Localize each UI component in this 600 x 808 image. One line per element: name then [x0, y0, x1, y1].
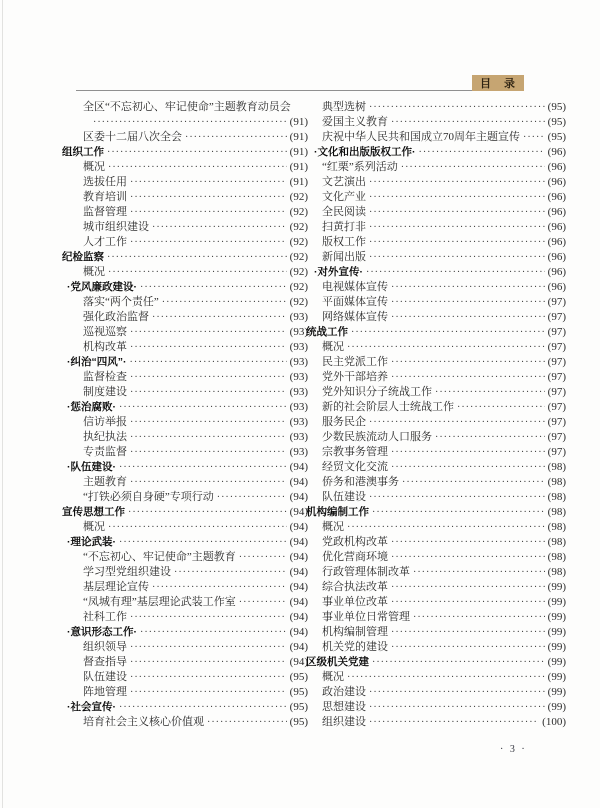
toc-entry: ·党风廉政建设· (92)	[62, 280, 308, 295]
toc-leader-dots	[347, 340, 545, 355]
toc-entry-title: ·社会宣传·	[67, 700, 116, 715]
toc-entry-title: 电视媒体宣传	[322, 280, 388, 295]
toc-entry: ·理论武装· (94)	[62, 535, 308, 550]
toc-entry: 概况 (92)	[62, 265, 308, 280]
toc-leader-dots	[369, 415, 545, 430]
toc-leader-dots	[391, 445, 545, 460]
toc-leader-dots	[391, 295, 545, 310]
toc-page-number: (96)	[548, 265, 566, 280]
toc-entry-title: 培育社会主义核心价值观	[83, 715, 204, 730]
toc-page-number: (98)	[548, 505, 566, 520]
toc-entry: 党外知识分子统战工作 (97)	[306, 385, 566, 400]
toc-entry: ·文化和出版版权工作· (96)	[306, 145, 566, 160]
toc-leader-dots	[119, 460, 287, 475]
toc-entry-title: 宗教事务管理	[322, 445, 388, 460]
toc-entry-title: ·理论武装·	[67, 535, 116, 550]
toc-entry-title: ·对外宣传·	[314, 265, 363, 280]
toc-entry-title: 基层理论宣传	[83, 580, 149, 595]
toc-leader-dots	[130, 430, 287, 445]
toc-entry-title: 阵地管理	[83, 685, 127, 700]
toc-entry-title: 文艺演出	[322, 175, 366, 190]
toc-entry-title: ·纠治“四风”·	[67, 355, 127, 370]
toc-leader-dots	[108, 160, 287, 175]
toc-leader-dots	[391, 580, 545, 595]
toc-entry: 队伍建设 (95)	[62, 670, 308, 685]
scan-edge-line	[2, 0, 3, 808]
toc-leader-dots	[152, 310, 287, 325]
toc-leader-dots	[130, 190, 287, 205]
toc-entry: 机构改革 (93)	[62, 340, 308, 355]
toc-leader-dots	[107, 145, 287, 160]
toc-entry-title: 制度建设	[83, 385, 127, 400]
toc-page-number: (95)	[548, 130, 566, 145]
toc-entry-title: ·队伍建设·	[67, 460, 116, 475]
toc-leader-dots	[391, 460, 545, 475]
toc-page-number: (99)	[548, 595, 566, 610]
toc-leader-dots	[523, 130, 545, 145]
toc-page-number: (99)	[548, 610, 566, 625]
toc-entry: 教育培训 (92)	[62, 190, 308, 205]
toc-entry-title: 信访举报	[83, 415, 127, 430]
toc-entry-title: 侨务和港澳事务	[322, 475, 399, 490]
toc-page-number: (96)	[548, 250, 566, 265]
header-rule	[76, 90, 524, 91]
toc-entry: 事业单位日常管理 (99)	[306, 610, 566, 625]
toc-entry: 党政机构改革 (98)	[306, 535, 566, 550]
toc-page-number: (98)	[548, 535, 566, 550]
toc-leader-dots	[419, 145, 545, 160]
toc-entry: 组织建设 (100)	[306, 715, 566, 730]
toc-entry-title: 优化营商环境	[322, 550, 388, 565]
toc-page-number: (99)	[548, 640, 566, 655]
toc-entry: 侨务和港澳事务 (98)	[306, 475, 566, 490]
toc-page-number: (98)	[548, 460, 566, 475]
toc-entry: 行政管理体制改革 (98)	[306, 565, 566, 580]
toc-page-number: (97)	[548, 355, 566, 370]
toc-leader-dots	[119, 400, 287, 415]
toc-leader-dots	[130, 385, 287, 400]
toc-entry-title: 教育培训	[83, 190, 127, 205]
toc-entry: 民主党派工作 (97)	[306, 355, 566, 370]
toc-entry-title: 概况	[322, 520, 344, 535]
toc-leader-dots	[413, 610, 545, 625]
toc-entry: 概况 (97)	[306, 340, 566, 355]
toc-entry: 新的社会阶层人士统战工作 (97)	[306, 400, 566, 415]
toc-page-number: (99)	[548, 685, 566, 700]
toc-entry: 宣传思想工作 (94)	[62, 505, 308, 520]
toc-leader-dots	[130, 655, 287, 670]
toc-entry-title: “凤城有理”基层理论武装工作室	[83, 595, 236, 610]
toc-entry: 区委十二届八次全会 (91)	[62, 130, 308, 145]
toc-entry-title: 机关党的建设	[322, 640, 388, 655]
toc-page-number: (99)	[548, 580, 566, 595]
toc-leader-dots	[130, 325, 287, 340]
toc-entry: 思想建设 (99)	[306, 700, 566, 715]
toc-leader-dots	[119, 700, 287, 715]
toc-leader-dots	[391, 310, 545, 325]
toc-leader-dots	[207, 715, 287, 730]
toc-page-number: (97)	[548, 325, 566, 340]
toc-entry: 人才工作 (92)	[62, 235, 308, 250]
toc-entry-title: ·意识形态工作·	[67, 625, 137, 640]
toc-entry: 巡视巡察 (93)	[62, 325, 308, 340]
toc-leader-dots	[128, 505, 287, 520]
toc-page-number: (98)	[548, 550, 566, 565]
toc-leader-dots	[351, 325, 545, 340]
toc-entry: 强化政治监督 (93)	[62, 310, 308, 325]
toc-page-number: (96)	[548, 190, 566, 205]
toc-entry-title: 巡视巡察	[83, 325, 127, 340]
toc-leader-dots	[185, 130, 287, 145]
toc-entry: 城市组织建设 (92)	[62, 220, 308, 235]
toc-entry-title: 行政管理体制改革	[322, 565, 410, 580]
toc-entry: 服务民企 (97)	[306, 415, 566, 430]
toc-entry-title: ·文化和出版版权工作·	[314, 145, 416, 160]
toc-entry-title: 平面媒体宣传	[322, 295, 388, 310]
toc-entry-title: 机构编制工作	[306, 505, 369, 520]
toc-entry: 平面媒体宣传 (97)	[306, 295, 566, 310]
toc-leader-dots	[108, 265, 287, 280]
toc-entry-title: 执纪执法	[83, 430, 127, 445]
toc-leader-dots	[130, 340, 287, 355]
toc-page-number: (98)	[548, 520, 566, 535]
toc-leader-dots	[369, 220, 545, 235]
toc-leader-dots	[93, 115, 287, 130]
toc-leader-dots	[130, 205, 287, 220]
toc-page-number: (98)	[548, 475, 566, 490]
toc-leader-dots	[391, 280, 545, 295]
toc-entry-title: 网络媒体宣传	[322, 310, 388, 325]
toc-entry: 党外干部培养 (97)	[306, 370, 566, 385]
toc-page-number: (99)	[548, 655, 566, 670]
toc-leader-dots	[401, 160, 545, 175]
toc-entry-title: 庆祝中华人民共和国成立70周年主题宣传	[322, 130, 520, 145]
toc-entry: 培育社会主义核心价值观 (95)	[62, 715, 308, 730]
toc-entry-title: 监督检查	[83, 370, 127, 385]
toc-entry: 区级机关党建 (99)	[306, 655, 566, 670]
toc-leader-dots	[239, 550, 287, 565]
toc-page-number: (96)	[548, 220, 566, 235]
toc-entry: 宗教事务管理 (97)	[306, 445, 566, 460]
toc-leader-dots	[369, 205, 545, 220]
toc-entry-title: 综合执法改革	[322, 580, 388, 595]
toc-leader-dots	[391, 595, 545, 610]
toc-leader-dots	[391, 355, 545, 370]
toc-entry-title: 组织建设	[322, 715, 366, 730]
toc-entry: 概况 (94)	[62, 520, 308, 535]
toc-page-number: (97)	[548, 415, 566, 430]
toc-entry: 新闻出版 (96)	[306, 250, 566, 265]
toc-page-number: (97)	[548, 370, 566, 385]
toc-page-number: (96)	[548, 205, 566, 220]
toc-leader-dots	[130, 610, 287, 625]
toc-entry-title: 典型选树	[322, 100, 366, 115]
toc-entry-title: 队伍建设	[83, 670, 127, 685]
toc-entry: 统战工作 (97)	[306, 325, 566, 340]
toc-entry-title: 全民阅读	[322, 205, 366, 220]
toc-leader-dots	[130, 235, 287, 250]
toc-page-number: (96)	[548, 280, 566, 295]
toc-page-number: (95)	[548, 100, 566, 115]
toc-entry: 文艺演出 (96)	[306, 175, 566, 190]
toc-entry-title: 机构改革	[83, 340, 127, 355]
toc-entry-title: ·惩治腐败·	[67, 400, 116, 415]
toc-leader-dots	[369, 700, 545, 715]
toc-leader-dots	[119, 535, 287, 550]
toc-entry: ·纠治“四风”· (93)	[62, 355, 308, 370]
toc-entry: 综合执法改革 (99)	[306, 580, 566, 595]
toc-entry-title: 组织工作	[62, 145, 104, 160]
toc-page-number: (96)	[548, 175, 566, 190]
toc-entry: ·社会宣传· (95)	[62, 700, 308, 715]
toc-entry: 机关党的建设 (99)	[306, 640, 566, 655]
toc-leader-dots	[391, 640, 545, 655]
toc-entry: 组织工作 (91)	[62, 145, 308, 160]
toc-entry-title: 人才工作	[83, 235, 127, 250]
toc-entry-title: 宣传思想工作	[62, 505, 125, 520]
toc-entry-title: 强化政治监督	[83, 310, 149, 325]
toc-leader-dots	[347, 670, 545, 685]
toc-entry-title: 城市组织建设	[83, 220, 149, 235]
toc-entry-title: 服务民企	[322, 415, 366, 430]
toc-leader-dots	[107, 250, 287, 265]
toc-entry-title: 概况	[322, 340, 344, 355]
toc-entry-title: 党外知识分子统战工作	[322, 385, 432, 400]
toc-entry: 全民阅读 (96)	[306, 205, 566, 220]
toc-leader-dots	[369, 235, 545, 250]
toc-entry-title: 纪检监察	[62, 250, 104, 265]
toc-entry-title: 事业单位日常管理	[322, 610, 410, 625]
toc-entry-title: 主题教育	[83, 475, 127, 490]
toc-leader-dots	[402, 475, 545, 490]
toc-entry: 阵地管理 (95)	[62, 685, 308, 700]
toc-entry-title: “红栗”系列活动	[322, 160, 398, 175]
toc-leader-dots	[108, 520, 287, 535]
toc-page-number: (98)	[548, 490, 566, 505]
toc-entry: 爱国主义教育 (95)	[306, 115, 566, 130]
toc-entry: 概况 (98)	[306, 520, 566, 535]
toc-entry: 监督检查 (93)	[62, 370, 308, 385]
toc-leader-dots	[366, 265, 545, 280]
toc-entry: 学习型党组织建设 (94)	[62, 565, 308, 580]
toc-leader-dots	[369, 175, 545, 190]
toc-entry-title: 新的社会阶层人士统战工作	[322, 400, 454, 415]
toc-page-number: (95)	[548, 115, 566, 130]
toc-page-number: (100)	[542, 715, 566, 730]
toc-entry-title: 经贸文化交流	[322, 460, 388, 475]
toc-entry-title: 民主党派工作	[322, 355, 388, 370]
toc-leader-dots	[174, 565, 287, 580]
toc-leader-dots	[435, 385, 545, 400]
toc-entry-title: 版权工作	[322, 235, 366, 250]
toc-leader-dots	[130, 175, 287, 190]
toc-entry-title: 区委十二届八次全会	[83, 130, 182, 145]
toc-leader-dots	[130, 370, 287, 385]
toc-entry: 事业单位改革 (99)	[306, 595, 566, 610]
toc-entry: 信访举报 (93)	[62, 415, 308, 430]
toc-page-number: (97)	[548, 310, 566, 325]
page-number-footer: · 3 ·	[500, 744, 527, 755]
toc-leader-dots	[152, 580, 287, 595]
toc-entry: 电视媒体宣传 (96)	[306, 280, 566, 295]
toc-entry: 政治建设 (99)	[306, 685, 566, 700]
toc-entry: 社科工作 (94)	[62, 610, 308, 625]
toc-entry-title: 概况	[322, 670, 344, 685]
toc-entry: 落实“两个责任” (92)	[62, 295, 308, 310]
toc-entry: 纪检监察 (92)	[62, 250, 308, 265]
toc-entry: 庆祝中华人民共和国成立70周年主题宣传 (95)	[306, 130, 566, 145]
toc-page-number: (97)	[548, 430, 566, 445]
toc-entry: ·意识形态工作· (94)	[62, 625, 308, 640]
toc-entry-title: 政治建设	[322, 685, 366, 700]
toc-entry-title: 事业单位改革	[322, 595, 388, 610]
toc-entry: ·队伍建设· (94)	[62, 460, 308, 475]
toc-entry-title: ·党风廉政建设·	[67, 280, 137, 295]
toc-entry: 概况 (99)	[306, 670, 566, 685]
toc-entry-title: 选拔任用	[83, 175, 127, 190]
toc-entry: 机构编制工作 (98)	[306, 505, 566, 520]
toc-page-number: (99)	[548, 700, 566, 715]
toc-leader-dots	[391, 535, 545, 550]
toc-entry: 扫黄打非 (96)	[306, 220, 566, 235]
toc-entry: 执纪执法 (93)	[62, 430, 308, 445]
toc-entry-title: 督查指导	[83, 655, 127, 670]
toc-leader-dots	[369, 190, 545, 205]
toc-entry: “红栗”系列活动 (96)	[306, 160, 566, 175]
toc-entry-title: 概况	[83, 520, 105, 535]
toc-entry-title: 新闻出版	[322, 250, 366, 265]
toc-entry: 监督管理 (92)	[62, 205, 308, 220]
toc-entry: 少数民族流动人口服务 (97)	[306, 430, 566, 445]
toc-entry-title: 党外干部培养	[322, 370, 388, 385]
toc-entry-title: 文化产业	[322, 190, 366, 205]
toc-page-number: (97)	[548, 295, 566, 310]
toc-entry-title: 统战工作	[306, 325, 348, 340]
toc-leader-dots	[217, 490, 287, 505]
toc-leader-dots	[130, 415, 287, 430]
toc-entry-title: 思想建设	[322, 700, 366, 715]
toc-page-number: (97)	[548, 385, 566, 400]
toc-leader-dots	[391, 550, 545, 565]
toc-column-left: 全区“不忘初心、牢记使命”主题教育动员会 (91) 区委十二届八次全会 (91)…	[62, 100, 308, 730]
toc-entry: 典型选树 (95)	[306, 100, 566, 115]
toc-entry: 队伍建设 (98)	[306, 490, 566, 505]
toc-entry-title: 社科工作	[83, 610, 127, 625]
toc-leader-dots	[369, 100, 545, 115]
toc-entry: ·惩治腐败· (93)	[62, 400, 308, 415]
toc-page-number: (97)	[548, 400, 566, 415]
toc-entry-title: 党政机构改革	[322, 535, 388, 550]
toc-leader-dots	[239, 595, 287, 610]
toc-entry: 组织领导 (94)	[62, 640, 308, 655]
toc-entry: 文化产业 (96)	[306, 190, 566, 205]
toc-leader-dots	[162, 295, 287, 310]
toc-leader-dots	[369, 250, 545, 265]
toc-entry: 专责监督 (93)	[62, 445, 308, 460]
toc-leader-dots	[130, 475, 287, 490]
toc-page-number: (98)	[548, 565, 566, 580]
toc-leader-dots	[130, 445, 287, 460]
toc-leader-dots	[457, 400, 545, 415]
toc-leader-dots	[152, 220, 287, 235]
toc-entry-title: 区级机关党建	[306, 655, 369, 670]
toc-entry: 基层理论宣传 (94)	[62, 580, 308, 595]
toc-entry: 主题教育 (94)	[62, 475, 308, 490]
toc-page: 目 录 全区“不忘初心、牢记使命”主题教育动员会 (91) 区委十二届八次全会 …	[0, 0, 600, 808]
toc-entry: 优化营商环境 (98)	[306, 550, 566, 565]
toc-entry-title: 队伍建设	[322, 490, 366, 505]
toc-entry: 选拔任用 (91)	[62, 175, 308, 190]
toc-leader-dots	[435, 430, 545, 445]
toc-page-number: (96)	[548, 235, 566, 250]
toc-entry: 网络媒体宣传 (97)	[306, 310, 566, 325]
toc-leader-dots	[372, 655, 545, 670]
toc-entry-title: 扫黄打非	[322, 220, 366, 235]
toc-entry-title: 落实“两个责任”	[83, 295, 159, 310]
toc-entry: “打铁必须自身硬”专项行动 (94)	[62, 490, 308, 505]
toc-entry: ·对外宣传· (96)	[306, 265, 566, 280]
toc-page-number: (97)	[548, 445, 566, 460]
toc-entry-title: “不忘初心、牢记使命”主题教育	[83, 550, 236, 565]
toc-leader-dots	[130, 670, 287, 685]
toc-entry-title: 少数民族流动人口服务	[322, 430, 432, 445]
toc-entry-title: 学习型党组织建设	[83, 565, 171, 580]
toc-leader-dots	[347, 520, 545, 535]
toc-entry-title: 组织领导	[83, 640, 127, 655]
toc-entry: 全区“不忘初心、牢记使命”主题教育动员会 (91)	[62, 100, 308, 130]
toc-entry-title: 专责监督	[83, 445, 127, 460]
toc-entry-title: 全区“不忘初心、牢记使命”主题教育动员会	[83, 100, 308, 115]
toc-entry: 经贸文化交流 (98)	[306, 460, 566, 475]
toc-entry: 督查指导 (94)	[62, 655, 308, 670]
toc-entry: 版权工作 (96)	[306, 235, 566, 250]
toc-entry-title: 概况	[83, 265, 105, 280]
toc-page-number: (97)	[548, 340, 566, 355]
toc-entry: 概况 (91)	[62, 160, 308, 175]
toc-entry: “凤城有理”基层理论武装工作室 (94)	[62, 595, 308, 610]
toc-entry-title: 概况	[83, 160, 105, 175]
toc-leader-dots	[413, 565, 545, 580]
toc-column-right: 典型选树 (95) 爱国主义教育 (95) 庆祝中华人民共和国成立70周年主题宣…	[306, 100, 566, 730]
toc-entry: 机构编制管理 (99)	[306, 625, 566, 640]
toc-leader-dots	[391, 115, 545, 130]
toc-leader-dots	[369, 715, 539, 730]
toc-entry: 制度建设 (93)	[62, 385, 308, 400]
toc-entry-title: 监督管理	[83, 205, 127, 220]
toc-leader-dots	[369, 490, 545, 505]
toc-page-number: (96)	[548, 160, 566, 175]
toc-leader-dots	[140, 625, 287, 640]
toc-page-number: (99)	[548, 670, 566, 685]
toc-entry-title: 爱国主义教育	[322, 115, 388, 130]
toc-leader-dots	[130, 640, 287, 655]
toc-leader-dots	[140, 280, 287, 295]
toc-leader-dots	[130, 685, 287, 700]
header-badge: 目 录	[472, 75, 524, 91]
toc-page-number: (99)	[548, 625, 566, 640]
toc-leader-dots	[391, 370, 545, 385]
toc-entry-title: “打铁必须自身硬”专项行动	[83, 490, 214, 505]
toc-leader-dots	[130, 355, 287, 370]
toc-entry-title: 机构编制管理	[322, 625, 388, 640]
header-badge-label: 目 录	[480, 75, 516, 91]
toc-leader-dots	[391, 625, 545, 640]
toc-leader-dots	[369, 685, 545, 700]
toc-page-number: (96)	[548, 145, 566, 160]
toc-leader-dots	[372, 505, 545, 520]
toc-entry: “不忘初心、牢记使命”主题教育 (94)	[62, 550, 308, 565]
